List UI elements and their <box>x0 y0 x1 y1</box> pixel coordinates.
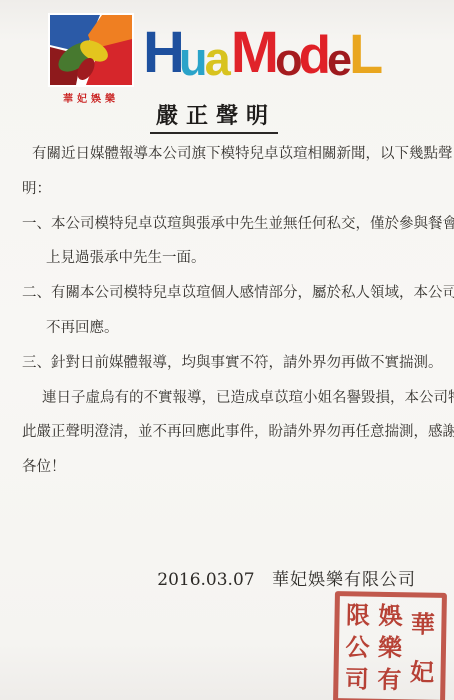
logo-wordmark: H u a M o d e L <box>143 10 381 82</box>
body-line: 三、針對日前媒體報導，均與事實不符，請外界勿再做不實揣測。 <box>22 346 444 381</box>
seal-column: 限公司 <box>343 599 372 695</box>
signature-line: 2016.03.07 華妃娛樂有限公司 <box>0 565 416 590</box>
wordmark-letter: o <box>275 37 301 82</box>
wordmark-letter: d <box>299 29 329 82</box>
logo: 華妃娛樂 H u a M o d e L <box>48 10 434 100</box>
document-page: 華妃娛樂 H u a M o d e L 嚴正聲明 有關近日媒體報導本公司旗下模… <box>0 0 454 700</box>
statement-date: 2016.03.07 <box>157 570 254 590</box>
page-title: 嚴正聲明 <box>150 99 278 134</box>
body-line: 各位！ <box>22 450 444 485</box>
seal-column: 華妃 <box>408 600 437 696</box>
body-line: 不再回應。 <box>22 311 444 346</box>
wordmark-letter: L <box>349 26 381 82</box>
seal-column: 娛樂有 <box>376 600 405 696</box>
wordmark-letter: u <box>179 35 206 82</box>
logo-mark: 華妃娛樂 <box>48 13 134 105</box>
body-line: 一、本公司模特兒卓苡瑄與張承中先生並無任何私交，僅於參與餐會 <box>22 207 444 242</box>
statement-body: 有關近日媒體報導本公司旗下模特兒卓苡瑄相關新聞，以下幾點聲 明： 一、本公司模特… <box>22 137 444 485</box>
company-seal: 華妃 娛樂有 限公司 <box>333 591 447 700</box>
logo-pinwheel-icon <box>48 13 134 87</box>
body-line: 明： <box>22 172 444 207</box>
company-name: 華妃娛樂有限公司 <box>272 570 416 590</box>
wordmark-letter: a <box>205 35 229 82</box>
wordmark-letter: H <box>143 24 183 82</box>
body-line: 上見過張承中先生一面。 <box>22 241 444 276</box>
body-line: 連日子虛烏有的不實報導，已造成卓苡瑄小姐名譽毀損，本公司特 <box>22 381 444 416</box>
title-row: 嚴正聲明 <box>0 99 454 134</box>
body-line: 有關近日媒體報導本公司旗下模特兒卓苡瑄相關新聞，以下幾點聲 <box>22 137 444 172</box>
wordmark-letter: e <box>327 37 350 82</box>
wordmark-letter: M <box>231 24 277 82</box>
body-line: 此嚴正聲明澄清，並不再回應此事件，盼請外界勿再任意揣測，感謝 <box>22 415 444 450</box>
body-line: 二、有關本公司模特兒卓苡瑄個人感情部分，屬於私人領域，本公司 <box>22 276 444 311</box>
